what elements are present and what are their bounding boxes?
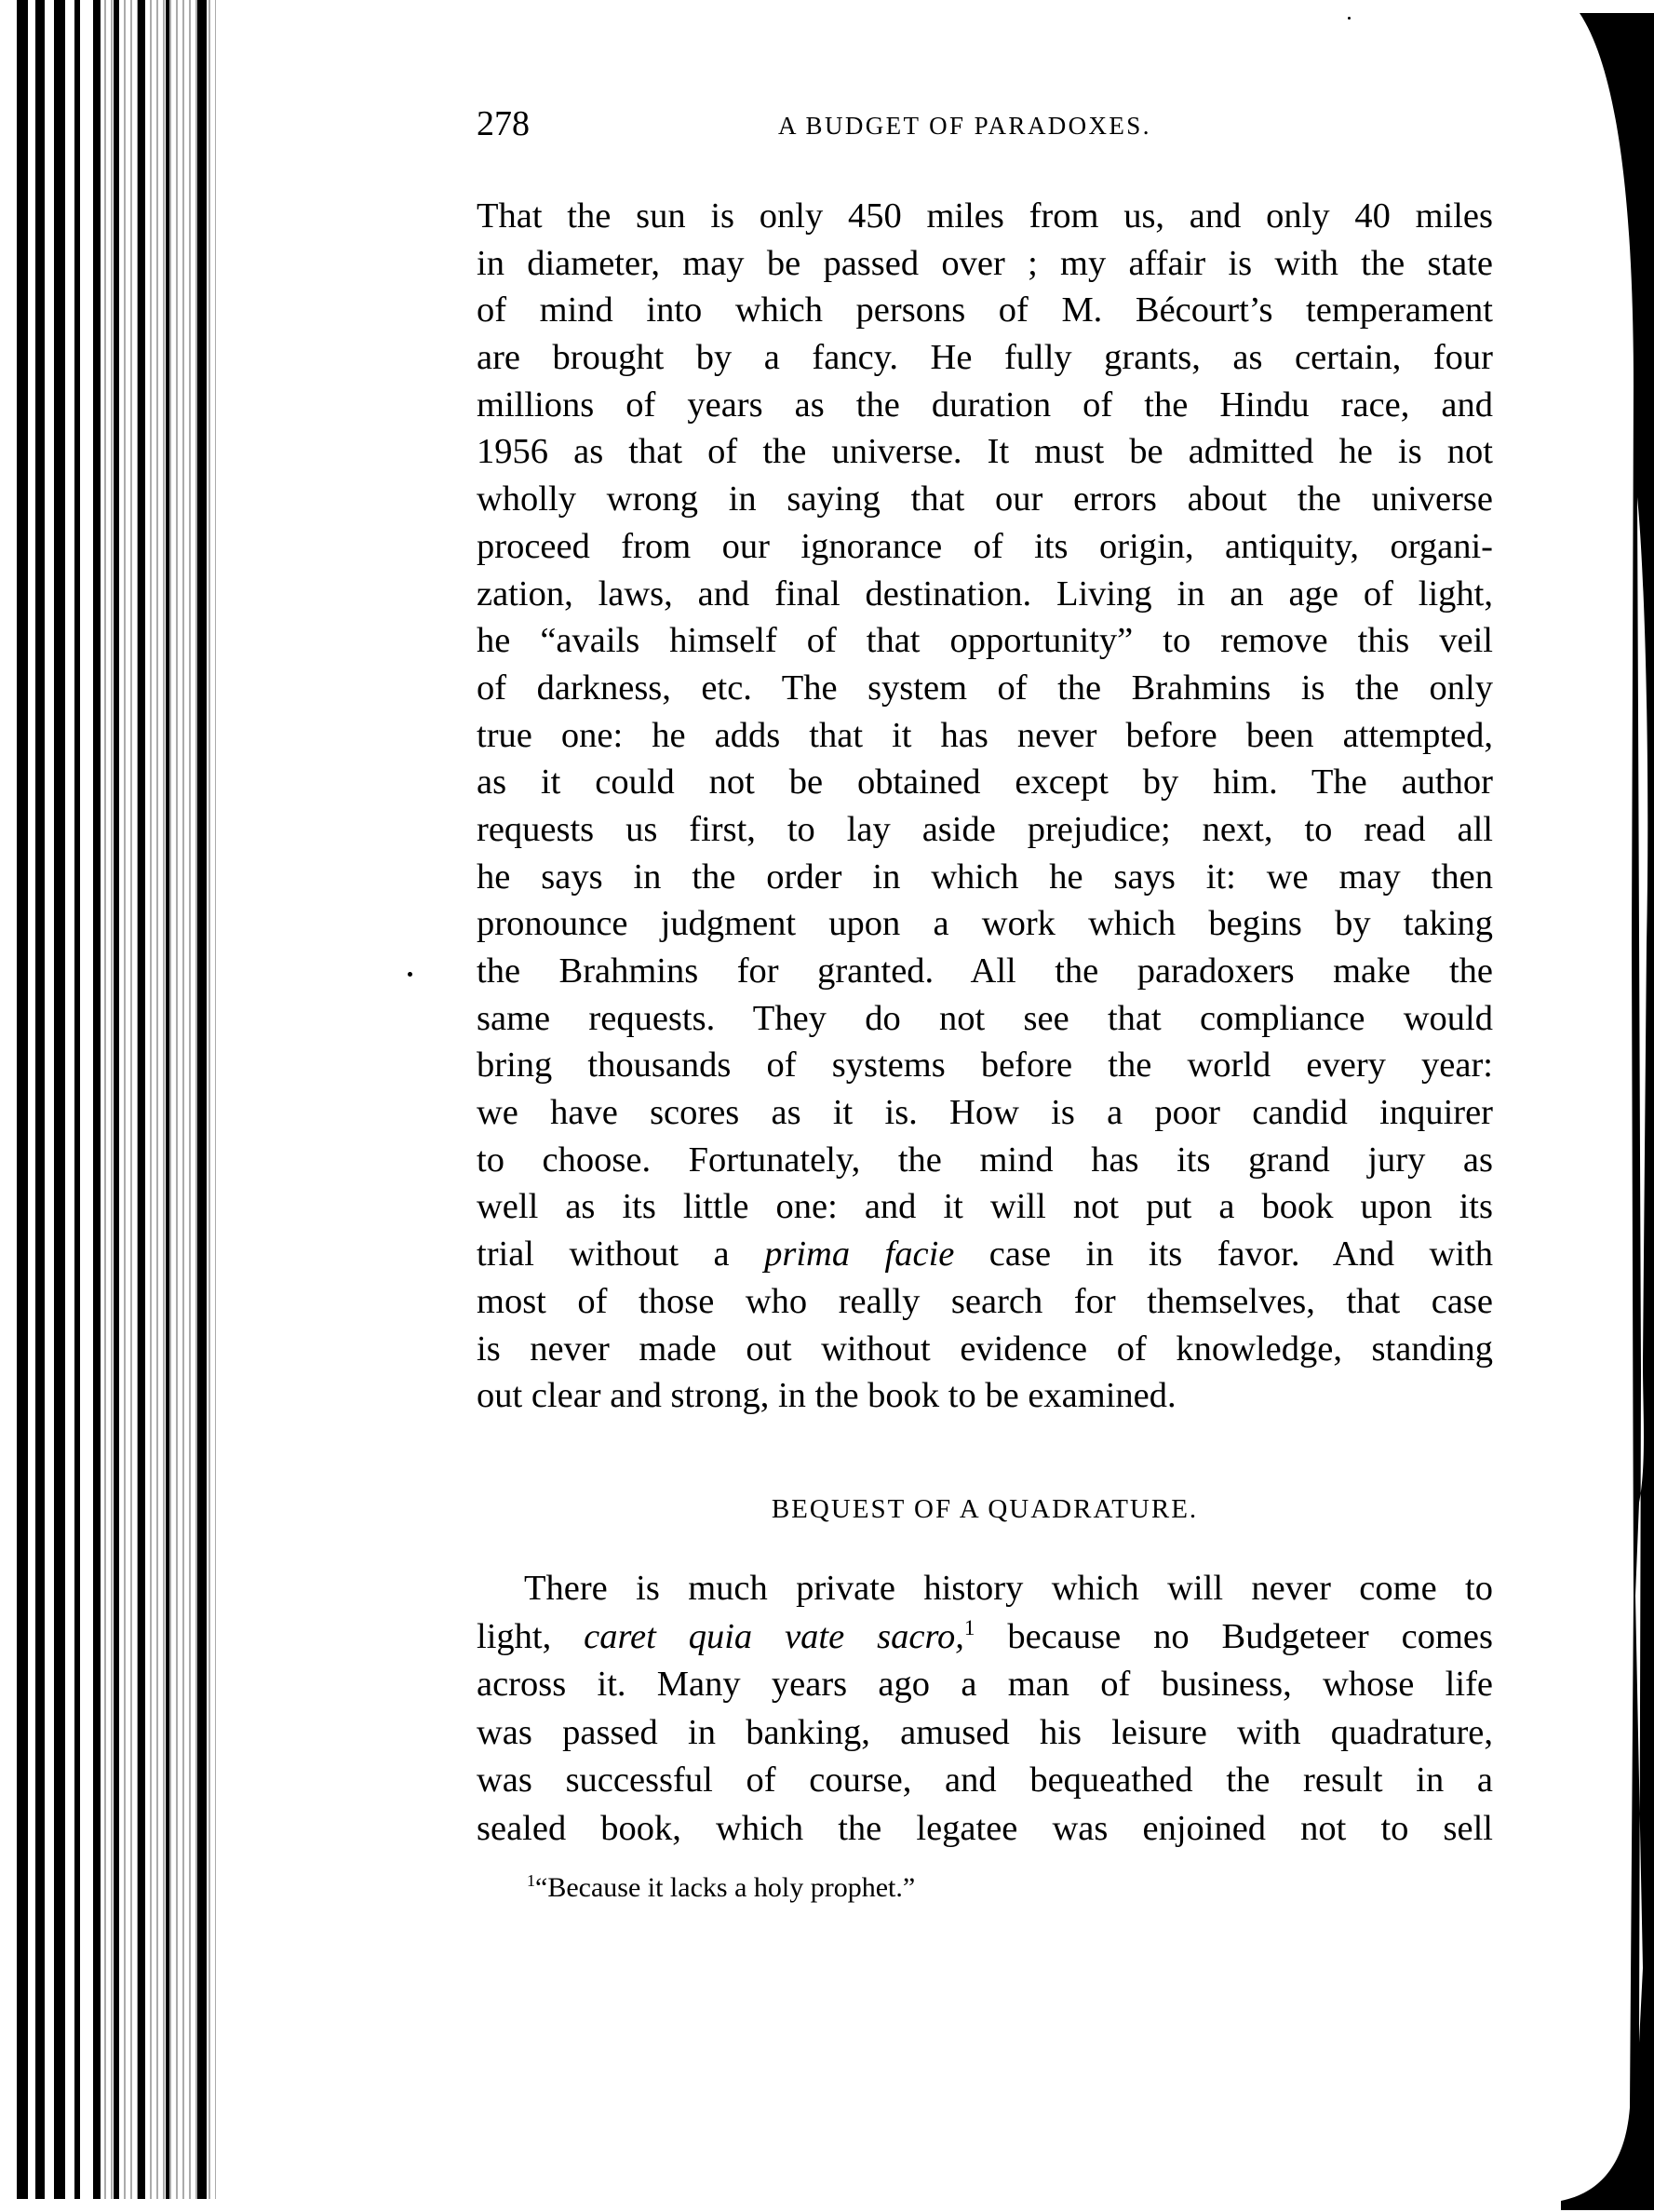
body-paragraph: That the sun is only 450 miles from us, … bbox=[477, 193, 1493, 1420]
text-line: as it could not be obtained except by hi… bbox=[477, 759, 1493, 806]
text-run: case in its favor. And with bbox=[954, 1234, 1493, 1274]
text-line: of mind into which persons of M. Bécourt… bbox=[477, 287, 1493, 334]
text-line: was successful of course, and bequeathed… bbox=[477, 1757, 1493, 1805]
text-line: is never made out without evidence of kn… bbox=[477, 1326, 1493, 1373]
text-line: proceed from our ignorance of its origin… bbox=[477, 523, 1493, 571]
text-line: was passed in banking, amused his leisur… bbox=[477, 1709, 1493, 1758]
section-paragraph: There is much private history which will… bbox=[477, 1565, 1493, 1854]
text-line: he says in the order in which he says it… bbox=[477, 854, 1493, 901]
text-line: That the sun is only 450 miles from us, … bbox=[477, 193, 1493, 240]
page-number: 278 bbox=[477, 101, 530, 147]
footnote-marker: 1 bbox=[527, 1871, 535, 1890]
text-line: he “avails himself of that opportunity” … bbox=[477, 617, 1493, 665]
page-header: 278 A BUDGET OF PARADOXES. bbox=[477, 101, 1493, 147]
text-run: because no Budgeteer comes bbox=[975, 1617, 1493, 1656]
text-line: sealed book, which the legatee was enjoi… bbox=[477, 1805, 1493, 1854]
text-line: we have scores as it is. How is a poor c… bbox=[477, 1089, 1493, 1137]
text-line: well as its little one: and it will not … bbox=[477, 1183, 1493, 1231]
text-line: same requests. They do not see that comp… bbox=[477, 995, 1493, 1043]
footnote-reference[interactable]: 1 bbox=[964, 1615, 975, 1639]
section-heading: BEQUEST OF A QUADRATURE. bbox=[477, 1488, 1493, 1531]
text-line: requests us first, to lay aside prejudic… bbox=[477, 806, 1493, 854]
text-line: trial without a prima facie case in its … bbox=[477, 1231, 1493, 1278]
text-line: the Brahmins for granted. All the parado… bbox=[477, 948, 1493, 995]
text-run: light, bbox=[477, 1617, 584, 1656]
footnote: 1“Because it lacks a holy prophet.” bbox=[527, 1868, 915, 1909]
text-run: trial without a bbox=[477, 1234, 764, 1274]
footnote-text: “Because it lacks a holy prophet.” bbox=[535, 1872, 915, 1903]
book-binding-shadow-right bbox=[1561, 13, 1654, 2210]
text-line: are brought by a fancy. He fully grants,… bbox=[477, 334, 1493, 382]
text-line: 1956 as that of the universe. It must be… bbox=[477, 428, 1493, 476]
text-line: light, caret quia vate sacro,1 because n… bbox=[477, 1613, 1493, 1662]
scan-speck bbox=[408, 972, 412, 977]
text-line: across it. Many years ago a man of busin… bbox=[477, 1661, 1493, 1709]
text-line: bring thousands of systems before the wo… bbox=[477, 1042, 1493, 1089]
text-line: millions of years as the duration of the… bbox=[477, 382, 1493, 429]
text-line: zation, laws, and final destination. Liv… bbox=[477, 571, 1493, 618]
text-line: true one: he adds that it has never befo… bbox=[477, 712, 1493, 760]
book-page-edges-texture bbox=[93, 0, 216, 2199]
text-line: in diameter, may be passed over ; my aff… bbox=[477, 240, 1493, 288]
text-line: wholly wrong in saying that our errors a… bbox=[477, 476, 1493, 523]
scan-speck bbox=[1348, 17, 1351, 20]
text-line: to choose. Fortunately, the mind has its… bbox=[477, 1137, 1493, 1184]
text-line: There is much private history which will… bbox=[477, 1565, 1493, 1613]
text-line: out clear and strong, in the book to be … bbox=[477, 1372, 1493, 1420]
italic-phrase: prima facie bbox=[764, 1234, 954, 1274]
text-line: pronounce judgment upon a work which beg… bbox=[477, 900, 1493, 948]
italic-phrase: caret quia vate sacro, bbox=[584, 1617, 964, 1656]
text-line: most of those who really search for them… bbox=[477, 1278, 1493, 1326]
running-title: A BUDGET OF PARADOXES. bbox=[778, 102, 1151, 149]
text-line: of darkness, etc. The system of the Brah… bbox=[477, 665, 1493, 712]
